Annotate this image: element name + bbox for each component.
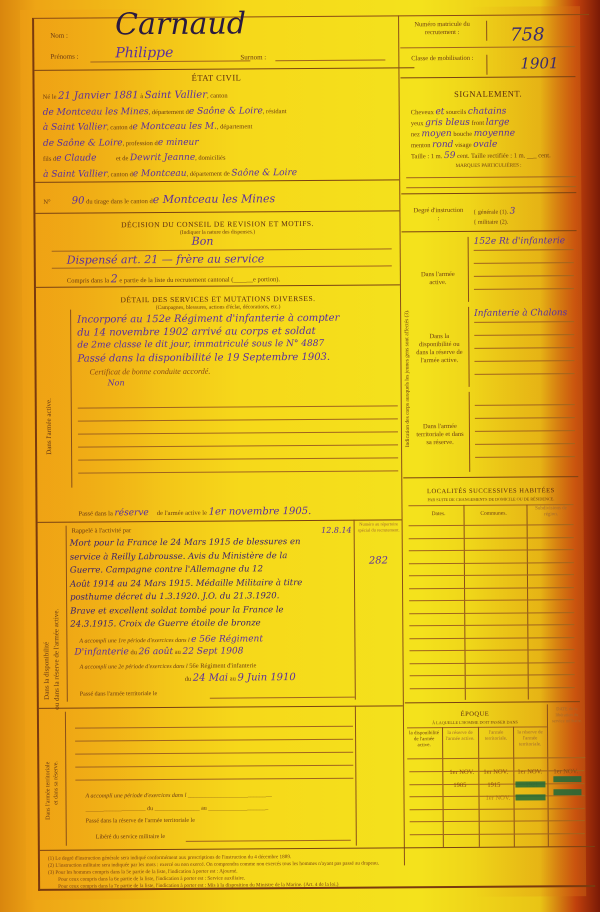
periode1-au: 22 Sept 1908 [182, 646, 243, 656]
periode1-row: A accompli une 1re période d'exercices d… [79, 634, 263, 645]
periode1-unit: e 56e Régiment [191, 634, 263, 645]
epoque-reserve-active-1: 1er NOV. [449, 769, 474, 776]
bouche-value: moyenne [474, 129, 515, 139]
cheveux-value: et [435, 107, 444, 117]
numero-repertoire-label: Numéro au répertoire spécial du recrutem… [358, 521, 400, 532]
nom-value: Carnaud [115, 6, 246, 42]
military-register-page: Nom : Carnaud Prénoms : Philippe Surnom … [20, 6, 586, 900]
departement-naissance: e Saône & Loire [189, 106, 263, 117]
periode2-du: 24 Mai [193, 673, 228, 684]
passe-reserve-date: 1er novembre 1905. [209, 506, 312, 518]
certificat-note: Non [108, 376, 398, 388]
epoque-territoriale-3: 1er NOV. [485, 795, 510, 802]
mere: Dewrit Jeanne [130, 153, 195, 163]
etat-civil-block: Né le 21 Janvier 1881 à Saint Vallier, c… [43, 87, 394, 182]
active-label: Dans l'armée active. [414, 271, 462, 287]
signalement-title: SIGNALEMENT. [401, 88, 576, 99]
tirage-canton: e Montceau les Mines [153, 192, 275, 206]
profession: e mineur [158, 137, 199, 147]
struck-out-mark [553, 776, 581, 782]
services-lines: Incorporé au 152e Régiment d'infanterie … [77, 311, 398, 388]
reserve-line: 24.3.1915. Croix de Guerre étoile de bro… [70, 617, 360, 633]
corps-side-label: Indication des corps auxquels les jeunes… [404, 310, 411, 448]
struck-out-mark [515, 794, 545, 800]
localites-title: LOCALITÉS SUCCESSIVES HABITÉES [403, 487, 578, 495]
domicile: à Saint Vallier [43, 169, 107, 179]
epoque-col-disponibilite: la disponibilité de l'armée active. [407, 731, 441, 749]
taille-value: 59 [444, 151, 456, 161]
epoque-reserve-territoriale-1: 1er NOV. [517, 768, 542, 775]
territoriale-periode-label: A accompli une période d'exercices dans … [85, 792, 271, 799]
periode1-dates: D'infanterie du 26 août au 22 Sept 1908 [74, 646, 243, 657]
periode2-dates: du 24 Mai au 9 Juin 1910 [185, 672, 296, 684]
date-naissance: 21 Janvier 1881 [58, 90, 139, 102]
classe-value: 1901 [520, 54, 558, 72]
passe-reserve-territoriale-label: Passé dans la réserve de l'armée territo… [86, 818, 195, 825]
menton-value: rond [432, 140, 453, 150]
tirage-numero: 90 [72, 196, 85, 207]
conseil-motif: Dispensé art. 21 — frère au service [67, 252, 265, 266]
reserve-side-label-1: Dans la disponibilité [42, 642, 50, 700]
reserve-lines: Mort pour la France le 24 Mars 1915 de b… [70, 536, 361, 633]
partie-value: 2 [111, 272, 118, 285]
nez-value: moyen [421, 129, 451, 139]
localites-col-communes: Communes. [464, 510, 524, 516]
instruction-generale: 3 [510, 207, 516, 217]
nom-label: Nom : [50, 32, 68, 40]
epoque-reserve-active-2: 1905 [453, 782, 466, 789]
periode2-row: A accompli une 2e période d'exercices da… [80, 662, 257, 670]
periode1-du: 26 août [139, 647, 174, 657]
active-value: 152e Rt d'infanterie [474, 236, 566, 247]
canton-residence: e Montceau les M. [132, 122, 216, 133]
canton-domicile: e Montceau [133, 168, 187, 178]
periode2-unit: 56e Régiment d'infanterie [189, 662, 256, 669]
epoque-title: ÉPOQUE [405, 710, 545, 718]
territoriale-corps-label: Dans l'armée territoriale et dans sa rés… [415, 423, 465, 447]
compris-row: Compris dans la 2 e partie de la liste d… [67, 271, 280, 285]
numero-matricule-value: 758 [510, 24, 545, 45]
epoque-date-title: DATE de la libération du service militai… [549, 706, 585, 724]
canton-naissance: de Montceau les Mines [43, 107, 149, 118]
prenoms-value: Philippe [115, 45, 173, 61]
front-value: large [486, 118, 510, 128]
sourcils-value: chatains [468, 107, 507, 117]
surnom-label: Surnom : [240, 53, 266, 61]
rappele-date: 12.8.14 [321, 526, 352, 535]
footnotes: (1) Le degré d'instruction générale sera… [48, 852, 593, 891]
services-side-label: Dans l'armée active. [45, 398, 53, 455]
epoque-col-reserve-active: la réserve de l'armée active. [443, 731, 477, 743]
territoriale-side-label-2: et dans sa réserve. [53, 761, 59, 805]
disponibilite-value: Infanterie à Chalons [474, 308, 567, 319]
passe-reserve-value: réserve [114, 508, 148, 518]
residence: à Saint Vallier [43, 122, 107, 132]
territoriale-passe-label: Passé dans l'armée territoriale le [80, 691, 157, 698]
epoque-liberation-1: 1er NOV. [553, 768, 578, 775]
lieu-naissance: Saint Vallier [145, 90, 207, 101]
pere: e Claude [56, 153, 96, 163]
tirage-row: N° 90 du tirage dans le canton de Montce… [43, 192, 275, 207]
localites-col-subdivisions: Subdivisions de région. [528, 506, 573, 518]
reserve-side-label-2: ou dans la réserve de l'armée active. [52, 609, 61, 710]
territoriale-side-label-1: Dans l'armée territoriale [45, 762, 51, 820]
classe-label: Classe de mobilisation : [407, 55, 477, 63]
conseil-decision: Bon [192, 235, 214, 248]
departement-domicile: Saône & Loire [231, 168, 297, 178]
degre-instruction-label: Degré d'instruction : [413, 207, 463, 223]
instruction-block: { générale (1). 3 { militaire (2). [473, 207, 515, 228]
prenoms-label: Prénoms : [50, 53, 78, 61]
struck-out-mark [553, 789, 581, 795]
epoque-subtitle: À LAQUELLE L'HOMME DOIT PASSER DANS [405, 719, 545, 725]
epoque-col-territoriale: l'armée territoriale. [480, 731, 512, 743]
signalement-block: Cheveux et sourcils chatains yeux gris b… [411, 106, 581, 162]
localites-col-dates: Dates. [419, 511, 459, 517]
periode1-unit2: D'infanterie [74, 647, 128, 657]
yeux-value: gris bleus [425, 118, 470, 128]
numero-repertoire-value: 282 [369, 555, 388, 566]
passe-reserve-row: Passé dans la réserve de l'armée active … [78, 506, 311, 519]
visage-value: ovale [473, 140, 497, 150]
epoque-territoriale-2: 1915 [487, 782, 500, 789]
periode2-au: 9 Juin 1910 [237, 672, 295, 683]
epoque-territoriale-1: 1er NOV. [483, 769, 508, 776]
departement-residence: de Saône & Loire [43, 138, 123, 149]
epoque-col-reserve-territoriale: la réserve de l'armée territoriale. [514, 730, 546, 748]
libere-label: Libéré du service militaire le [96, 834, 165, 840]
disponibilite-label: Dans la disponibilité ou dans la réserve… [414, 333, 464, 365]
numero-matricule-label: Numéro matricule du recrutement : [407, 21, 477, 37]
territoriale-dates: ____________________ du _______________ … [86, 805, 269, 812]
struck-out-mark [515, 781, 545, 787]
